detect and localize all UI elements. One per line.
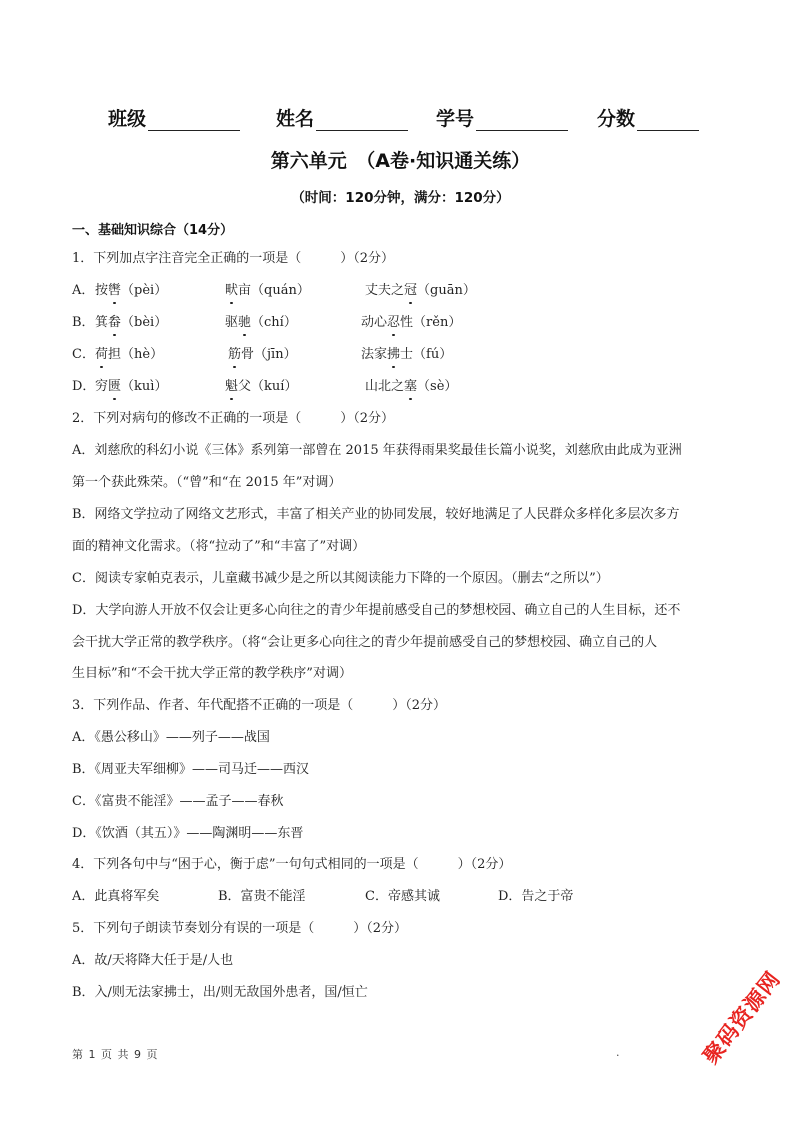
exam-page: 班级 姓名 学号 分数 第六单元 （A卷·知识通关练） （时间：120分钟，满分… [0, 0, 793, 1122]
q2-text-line: 第一个获此殊荣。（“曾”和“在 2015 年”对调） [72, 475, 341, 491]
name-field: 姓名 [276, 104, 408, 131]
q1-option-c-item-1: 荷担（hè） [95, 347, 163, 363]
score-field: 分数 [597, 104, 699, 131]
q1-option-c-label: C． [72, 347, 95, 363]
q1-option-d-item-1: 穷匮（kuì） [95, 379, 167, 395]
q2-text-line: A．刘慈欣的科幻小说《三体》系列第一部曾在 2015 年获得雨果奖最佳长篇小说奖… [72, 443, 682, 459]
q1-option-c-item-3: 法家拂士（fú） [361, 347, 452, 363]
page-title: 第六单元 （A卷·知识通关练） [0, 146, 793, 173]
question-5-stem: 5．下列句子朗读节奏划分有误的一项是（ ）（2分） [72, 921, 407, 937]
q5-option-b: B．入/则无法家拂士，出/则无敌国外患者，国/恒亡 [72, 985, 368, 1001]
q2-text-line: 面的精神文化需求。（将“拉动了”和“丰富了”对调） [72, 539, 365, 555]
name-blank[interactable] [316, 110, 408, 131]
class-label: 班级 [108, 108, 146, 130]
q1-option-b-item-3: 动心忍性（rěn） [361, 315, 461, 331]
score-blank[interactable] [637, 110, 699, 131]
score-label: 分数 [597, 108, 635, 130]
q1-option-a-item-3: 丈夫之冠（guān） [365, 283, 476, 299]
q2-text-line: D．大学向游人开放不仅会让更多心向往之的青少年提前感受自己的梦想校园、确立自己的… [72, 603, 680, 619]
q1-option-a-item-1: 按辔（pèi） [95, 283, 167, 299]
q2-text-line: 会干扰大学正常的教学秩序。（将“会让更多心向往之的青少年提前感受自己的梦想校园、… [72, 635, 657, 651]
q4-option-b: B．富贵不能淫 [218, 889, 306, 905]
q1-option-d-item-3: 山北之塞（sè） [365, 379, 457, 395]
student-id-label: 学号 [436, 108, 474, 130]
q1-option-a-item-2: 畎亩（quán） [225, 283, 310, 299]
q1-option-d-item-2: 魁父（kuí） [225, 379, 297, 395]
section-heading: 一、基础知识综合（14分） [72, 219, 233, 238]
q2-text-line: B．网络文学拉动了网络文艺形式，丰富了相关产业的协同发展，较好地满足了人民群众多… [72, 507, 680, 523]
q4-option-d: D．告之于帝 [498, 889, 573, 905]
class-blank[interactable] [148, 110, 240, 131]
q2-text-line: 生目标”和“不会干扰大学正常的教学秩序”对调） [72, 666, 352, 682]
question-4-stem: 4．下列各句中与“困于心，衡于虑”一句句式相同的一项是（ ）（2分） [72, 857, 511, 873]
q3-option-d: D．《饮酒（其五）》——陶渊明——东晋 [72, 826, 303, 842]
student-id-field: 学号 [436, 104, 568, 131]
q4-option-a: A．此真将军矣 [72, 889, 159, 905]
name-label: 姓名 [276, 108, 314, 130]
q1-option-b-item-1: 箕畚（bèi） [95, 315, 167, 331]
q3-option-a: A．《愚公移山》——列子——战国 [72, 730, 270, 746]
student-info-row: 班级 姓名 学号 分数 [108, 104, 708, 132]
question-2-stem: 2．下列对病句的修改不正确的一项是（ ）（2分） [72, 411, 394, 427]
q3-option-b: B．《周亚夫军细柳》——司马迁——西汉 [72, 762, 309, 778]
q1-option-b-label: B． [72, 315, 95, 331]
q1-option-a-label: A． [72, 283, 94, 299]
q3-option-c: C．《富贵不能淫》——孟子——春秋 [72, 794, 283, 810]
question-3-stem: 3．下列作品、作者、年代配搭不正确的一项是（ ）（2分） [72, 698, 446, 714]
q4-option-c: C．帝感其诚 [365, 889, 440, 905]
page-number: 第 1 页 共 9 页 [72, 1046, 158, 1062]
exam-subtitle: （时间：120分钟，满分：120分） [0, 186, 793, 206]
q2-text-line: C．阅读专家帕克表示，儿童藏书减少是之所以其阅读能力下降的一个原因。（删去“之所… [72, 571, 609, 587]
footer-dot: . [616, 1046, 620, 1059]
q5-option-a: A．故/天将降大任于是/人也 [72, 953, 233, 969]
watermark: 聚码资源网 [689, 957, 793, 1078]
class-field: 班级 [108, 104, 240, 131]
q1-option-d-label: D． [72, 379, 95, 395]
q1-option-c-item-2: 筋骨（jīn） [228, 347, 297, 363]
student-id-blank[interactable] [476, 110, 568, 131]
q1-option-b-item-2: 驱驰（chí） [225, 315, 297, 331]
question-1-stem: 1．下列加点字注音完全正确的一项是（ ）（2分） [72, 251, 394, 267]
